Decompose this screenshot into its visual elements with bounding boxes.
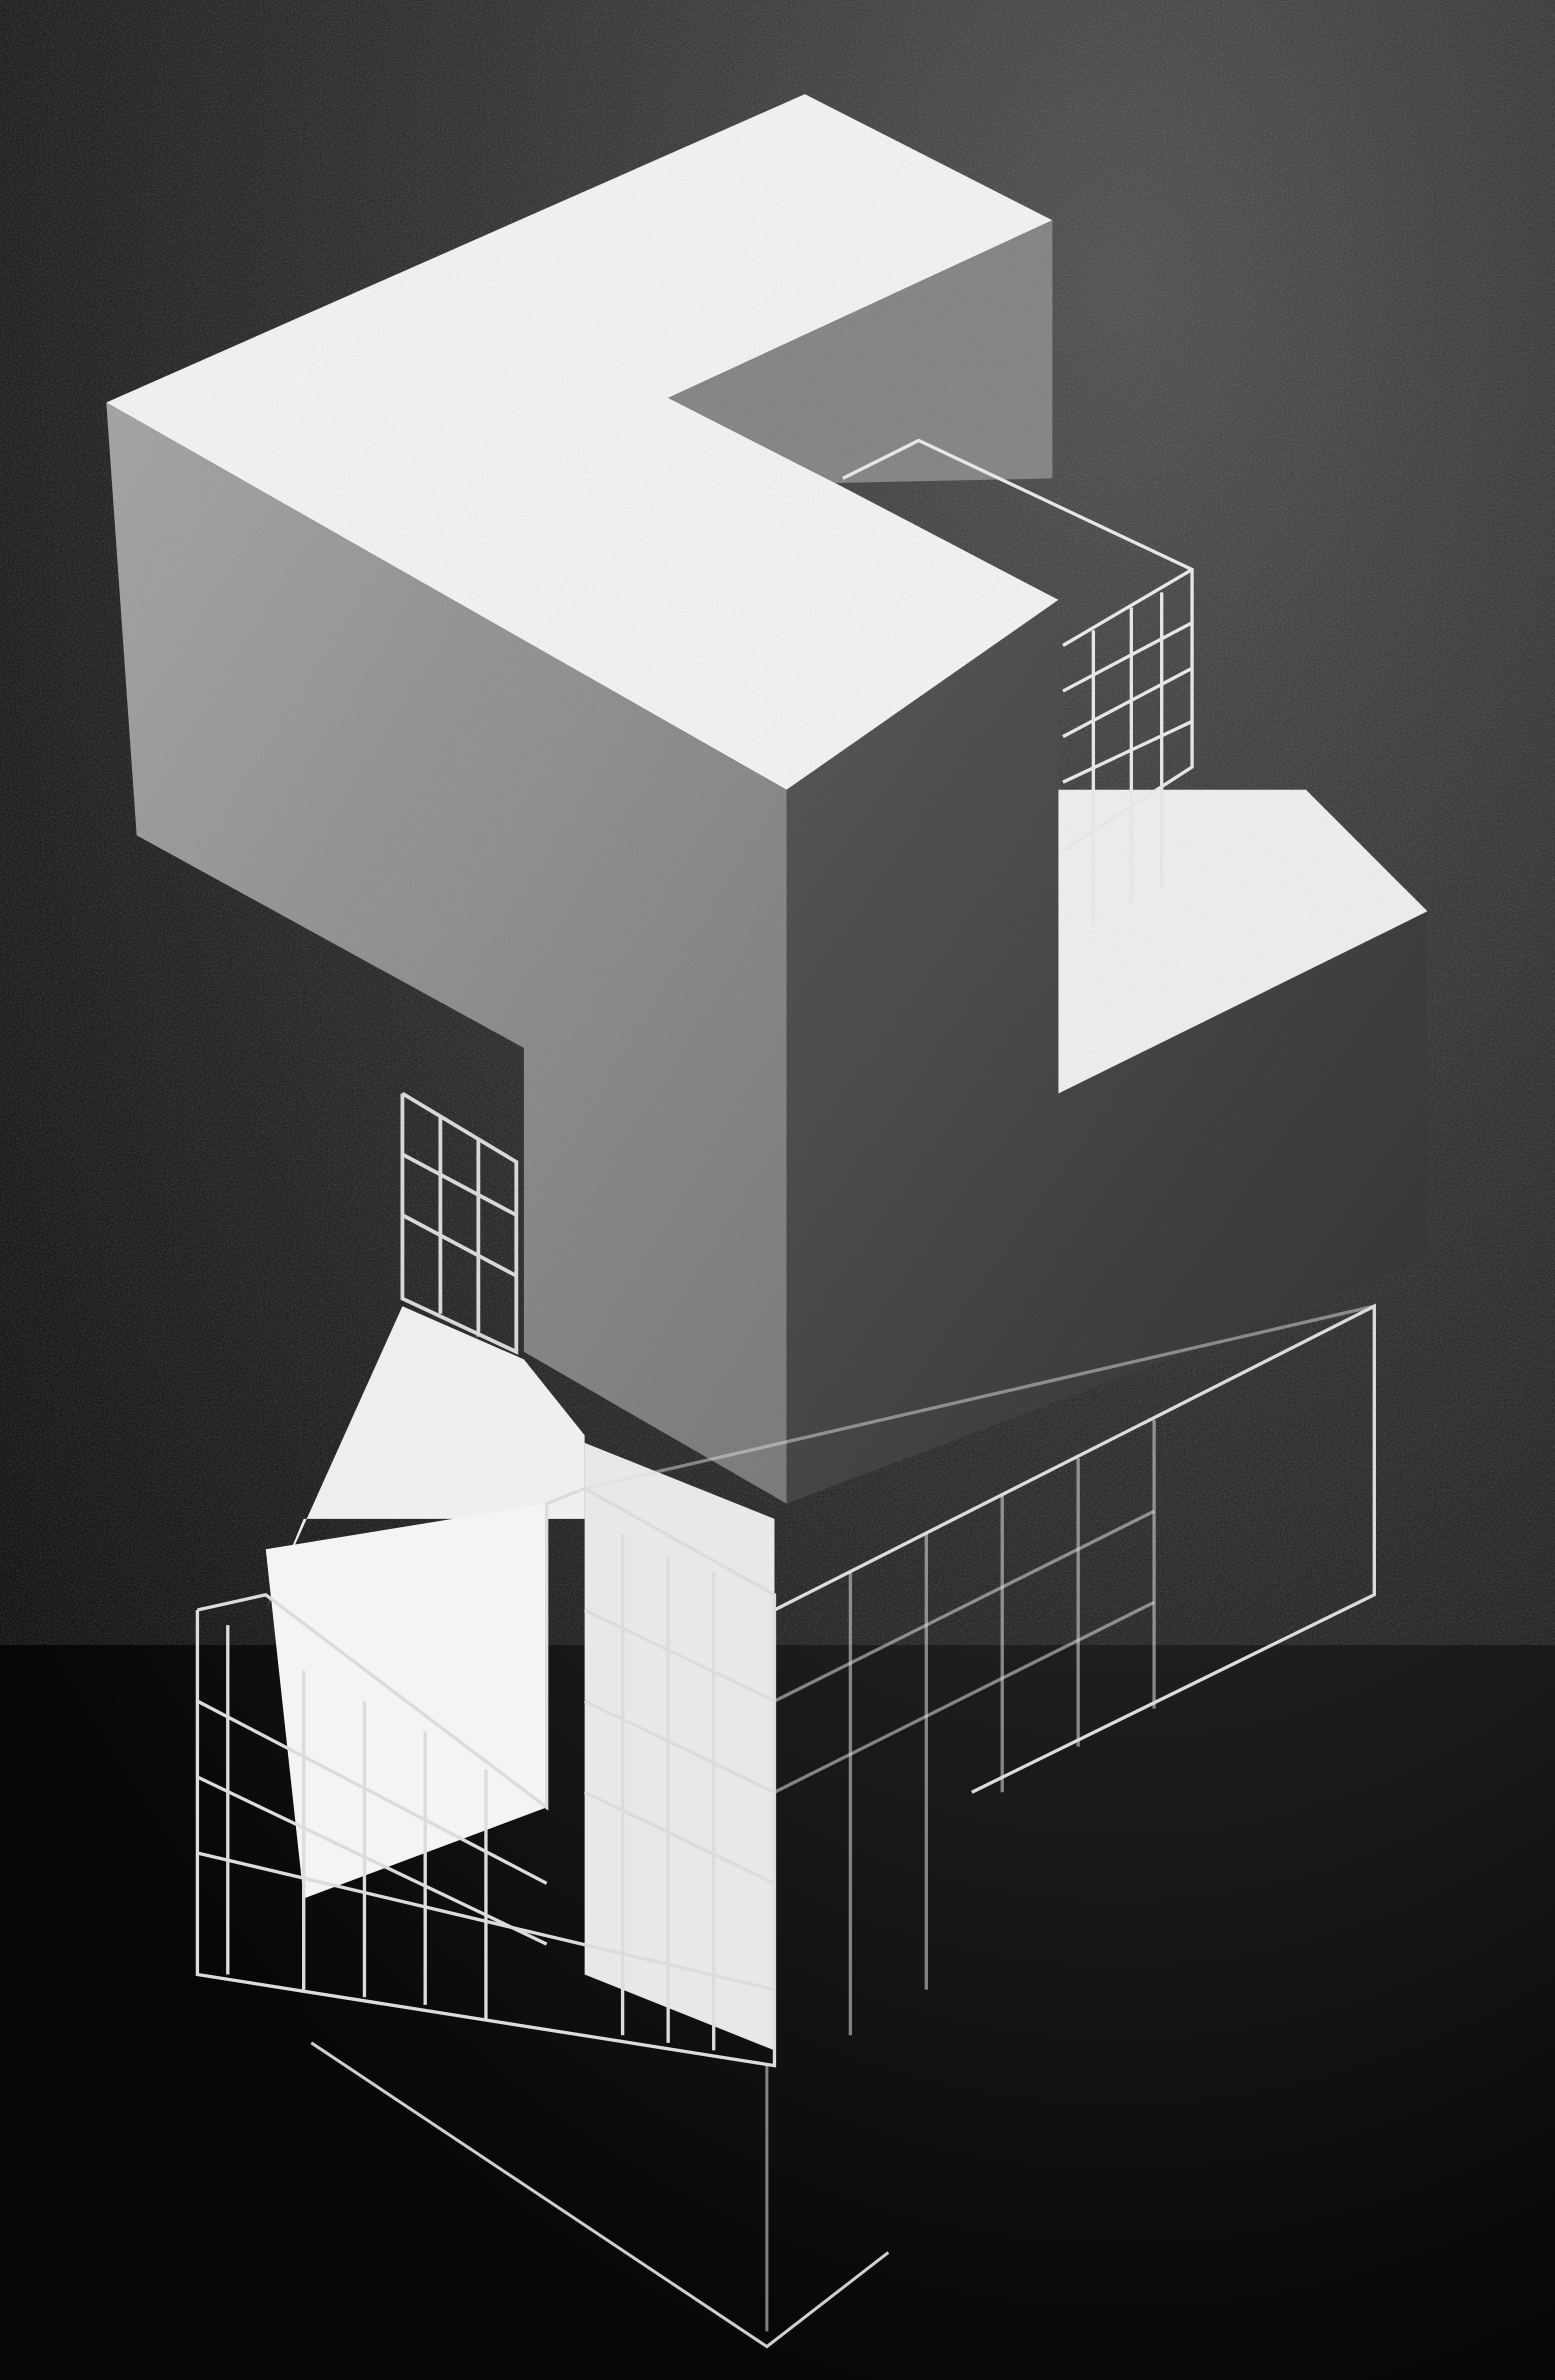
architectural-model-photo (0, 0, 1555, 2380)
